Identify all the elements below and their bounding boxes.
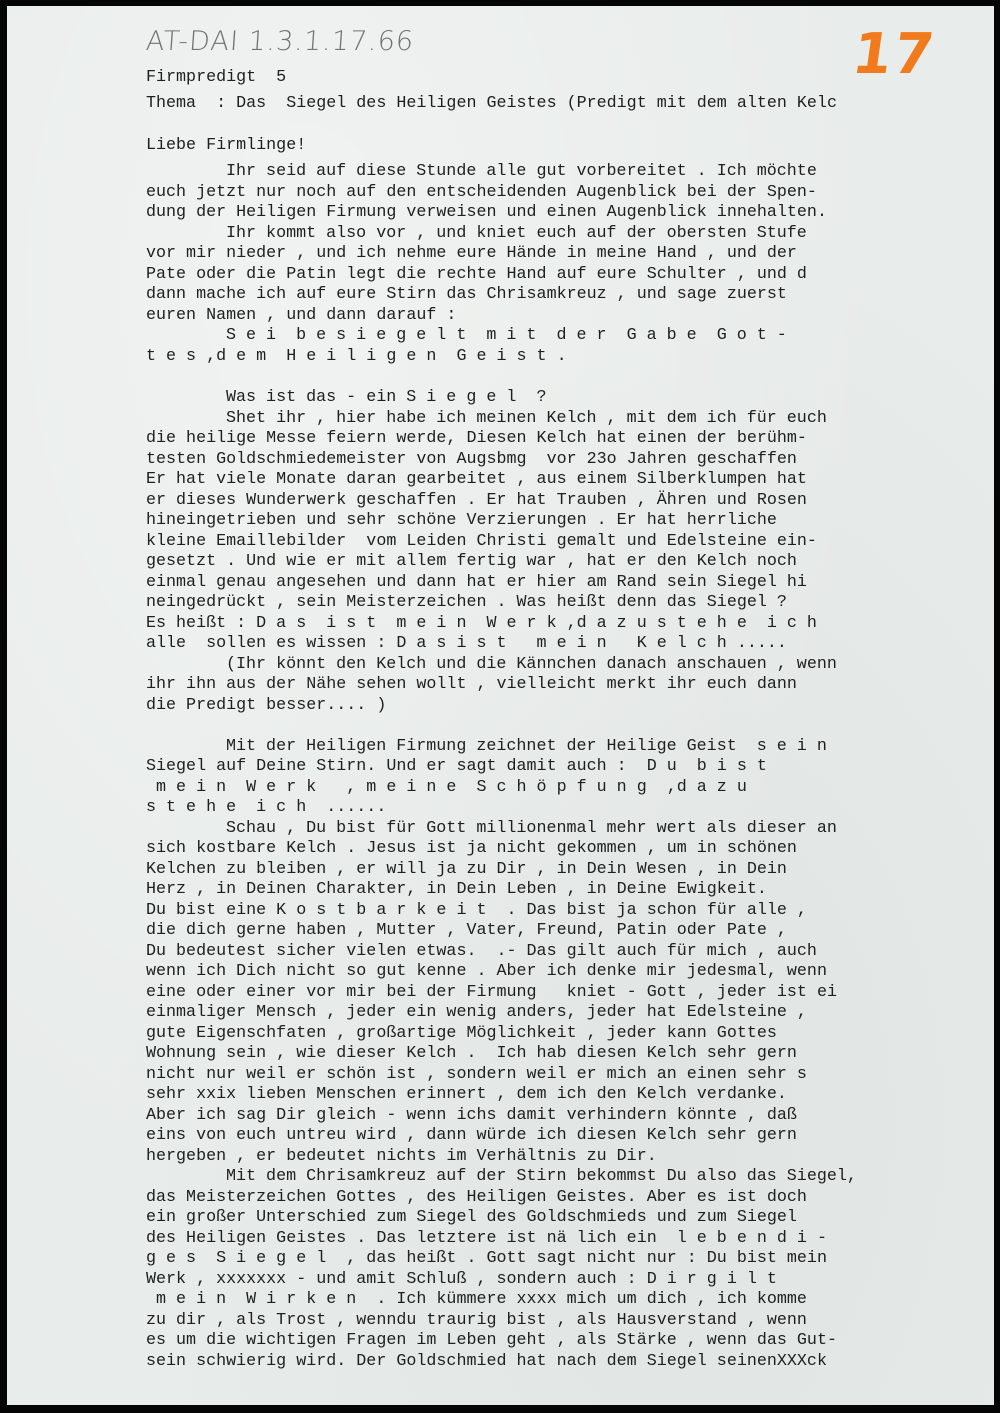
text-line: Shet ihr , hier habe ich meinen Kelch , … xyxy=(226,409,827,429)
text-line: testen Goldschmiedemeister von Augsbmg v… xyxy=(146,450,797,470)
salutation: Liebe Firmlinge! xyxy=(146,136,306,156)
text-line: des Heiligen Geistes . Das letztere ist … xyxy=(146,1229,827,1249)
text-line: Aber ich sag Dir gleich - wenn ichs dami… xyxy=(146,1106,797,1126)
text-line: Wohnung sein , wie dieser Kelch . Ich ha… xyxy=(146,1044,797,1064)
text-line: Schau , Du bist für Gott millionenmal me… xyxy=(226,819,837,839)
text-line: zu dir , als Trost , wenndu traurig bist… xyxy=(146,1311,807,1331)
text-line: Er hat viele Monate daran gearbeitet , a… xyxy=(146,470,807,490)
text-line: Du bist eine K o s t b a r k e i t . Das… xyxy=(146,901,807,921)
text-line: t e s ,d e m H e i l i g e n G e i s t . xyxy=(146,347,567,367)
text-line: er dieses Wunderwerk geschaffen . Er hat… xyxy=(146,491,807,511)
text-line: eins von euch untreu wird , dann würde i… xyxy=(146,1126,797,1146)
text-line: Du bedeutest sicher vielen etwas. .- Das… xyxy=(146,942,817,962)
text-line: die Predigt besser.... ) xyxy=(146,696,386,716)
text-line: wenn ich Dich nicht so gut kenne . Aber … xyxy=(146,962,827,982)
text-line: Mit der Heiligen Firmung zeichnet der He… xyxy=(226,737,827,757)
text-line: dung der Heiligen Firmung verweisen und … xyxy=(146,203,827,223)
archive-number-annotation: AT-DAI 1.3.1.17.66 xyxy=(145,26,415,57)
text-line: sehr xxix lieben Menschen erinnert , dem… xyxy=(146,1085,787,1105)
text-line: kleine Emaillebilder vom Leiden Christi … xyxy=(146,532,817,552)
text-line: Werk , xxxxxxx - und amit Schluß , sonde… xyxy=(146,1270,777,1290)
text-line: Ihr seid auf diese Stunde alle gut vorbe… xyxy=(226,162,817,182)
text-line: Ihr kommt also vor , und kniet euch auf … xyxy=(226,224,807,244)
text-line: Kelchen zu bleiben , er will ja zu Dir ,… xyxy=(146,860,787,880)
text-line: gesetzt . Und wie er mit allem fertig wa… xyxy=(146,552,797,572)
text-line: ein großer Unterschied zum Siegel des Go… xyxy=(146,1208,797,1228)
text-line: die heilige Messe feiern werde, Diesen K… xyxy=(146,429,807,449)
text-line: euren Namen , und dann darauf : xyxy=(146,306,456,326)
text-line: vor mir nieder , und ich nehme eure Händ… xyxy=(146,244,797,264)
text-line: dann mache ich auf eure Stirn das Chrisa… xyxy=(146,285,787,305)
text-line: Was ist das - ein S i e g e l ? xyxy=(226,388,546,408)
text-line: sein schwierig wird. Der Goldschmied hat… xyxy=(146,1352,827,1372)
typewritten-text: Firmpredigt 5 Thema : Das Siegel des Hei… xyxy=(146,68,986,182)
text-line: eine oder einer vor mir bei der Firmung … xyxy=(146,983,837,1003)
text-line: neingedrückt , sein Meisterzeichen . Was… xyxy=(146,593,787,613)
text-line: Es heißt : D a s i s t m e i n W e r k ,… xyxy=(146,614,817,634)
text-line: (Ihr könnt den Kelch und die Kännchen da… xyxy=(226,655,837,675)
text-line: S e i b e s i e g e l t m i t d e r G a … xyxy=(226,326,787,346)
text-line: hineingetrieben und sehr schöne Verzieru… xyxy=(146,511,777,531)
text-line: Siegel auf Deine Stirn. Und er sagt dami… xyxy=(146,757,767,777)
text-line: das Meisterzeichen Gottes , des Heiligen… xyxy=(146,1188,807,1208)
document-theme: Thema : Das Siegel des Heiligen Geistes … xyxy=(146,94,837,114)
text-line: Pate oder die Patin legt die rechte Hand… xyxy=(146,265,807,285)
text-line: gute Eigenschfaten , großartige Möglichk… xyxy=(146,1024,777,1044)
text-line: sich kostbare Kelch . Jesus ist ja nicht… xyxy=(146,839,797,859)
text-line: die dich gerne haben , Mutter , Vater, F… xyxy=(146,921,787,941)
text-line: ihr ihn aus der Nähe sehen wollt , viell… xyxy=(146,675,797,695)
text-line: s t e h e i c h ...... xyxy=(146,798,386,818)
text-line: hergeben , er bedeutet nichts im Verhält… xyxy=(146,1147,657,1167)
text-line: m e i n W i r k e n . Ich kümmere xxxx m… xyxy=(146,1290,807,1310)
text-line: alle sollen es wissen : D a s i s t m e … xyxy=(146,634,787,654)
text-line: m e i n W e r k , m e i n e S c h ö p f … xyxy=(146,778,747,798)
text-line: g e s S i e g e l , das heißt . Gott sag… xyxy=(146,1249,827,1269)
text-line: euch jetzt nur noch auf den entscheidend… xyxy=(146,183,817,203)
text-line: Mit dem Chrisamkreuz auf der Stirn bekom… xyxy=(226,1167,857,1187)
text-line: einmaliger Mensch , jeder ein wenig ande… xyxy=(146,1003,807,1023)
text-line: nicht nur weil er schön ist , sondern we… xyxy=(146,1065,807,1085)
text-line: es um die wichtigen Fragen im Leben geht… xyxy=(146,1331,837,1351)
text-line: einmal genau angesehen und dann hat er h… xyxy=(146,573,807,593)
document-title: Firmpredigt 5 xyxy=(146,68,286,88)
text-line: Herz , in Deinen Charakter, in Dein Lebe… xyxy=(146,880,767,900)
